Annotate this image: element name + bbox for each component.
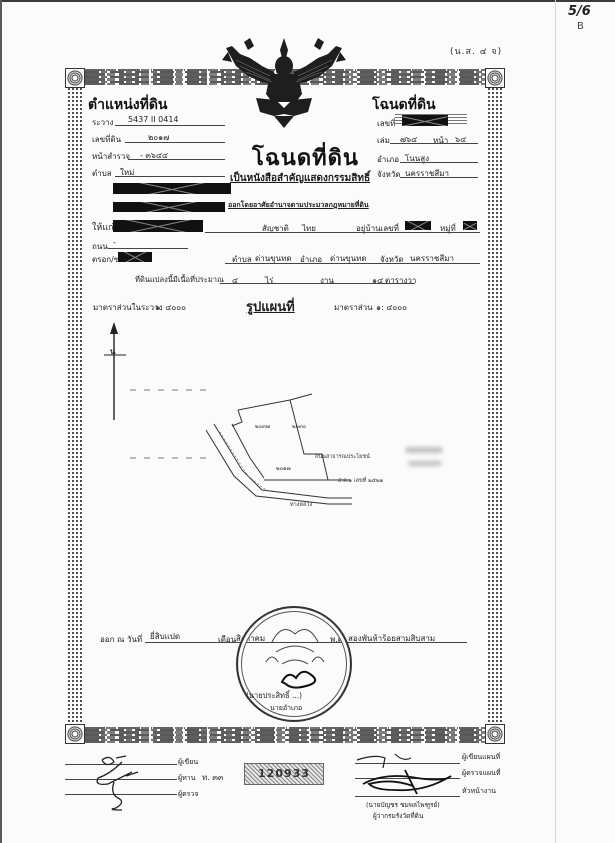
survey-page-label: หน้าสำรวจ (92, 150, 130, 163)
signer-title: นายอำเภอ (270, 703, 302, 714)
corner-ornament (485, 724, 505, 744)
signature-left-icon (92, 752, 152, 812)
ink-smudge (408, 461, 442, 466)
owner-tambon-label: ตำบล (232, 253, 252, 266)
road-value: - (113, 238, 116, 247)
scan-edge-right (555, 0, 556, 843)
province-value: นครราชสีมา (405, 167, 449, 180)
deed-no-redacted (402, 115, 448, 126)
tambon-value: ใหม่ (120, 166, 134, 179)
north-arrow-icon (104, 322, 126, 420)
soi-redacted (118, 252, 152, 262)
role-map-writer: ผู้เขียนแผนที่ (462, 752, 500, 763)
map-scale-value: ๑: ๔๐๐๐ (376, 301, 407, 314)
volume-value: ๗๖๔ (400, 133, 417, 146)
adjacent-note: ส.ค.๑ เลขที่ ๒๕๒๑ (338, 476, 383, 484)
role-map-checker: ผู้ตรวจแผนที่ (462, 768, 500, 779)
survey-page-value: - ๓๖๔๔ (140, 149, 168, 162)
area-wa-value: ๑๔ (372, 274, 383, 287)
redacted-block-1 (113, 183, 231, 194)
tambon-label: ตำบล (92, 167, 112, 180)
scan-edge-top (0, 0, 615, 2)
page-value: ๖๔ (455, 133, 466, 146)
page-label: หน้า (433, 134, 448, 147)
sheet-label: ระวาง (92, 116, 113, 129)
parcel-label-left: ๒๐๓๗ (255, 424, 270, 430)
sheet-scale-label: มาตราส่วนในระวาง (93, 301, 162, 314)
house-no-redacted (405, 221, 431, 230)
issue-year-value: สองพันห้าร้อยสามสิบสาม (348, 632, 435, 645)
map-scale-label: มาตราส่วน (334, 301, 373, 314)
map-signer-name: (นายบัญชร ชมพลไพฑูรย์) (366, 800, 440, 810)
volume-label: เล่ม (377, 134, 390, 147)
deed-subtitle: เป็นหนังสือสำคัญแสดงกรรมสิทธิ์ (230, 171, 370, 186)
form-code: (น.ส. ๔ จ) (450, 44, 502, 58)
deed-no-label: เลขที่ (377, 117, 395, 130)
deed-main-title: โฉนดที่ดิน (252, 140, 359, 175)
border-bottom (85, 727, 485, 743)
role-checker: ผู้ตรวจ (178, 789, 198, 800)
border-left (68, 88, 82, 724)
signature-right-icon (355, 748, 465, 800)
scan-edge-left (0, 0, 2, 843)
page-mark-sub: B (577, 21, 584, 32)
nationality-value: ไทย (302, 222, 316, 235)
page-mark: 5/6 (568, 4, 591, 19)
owner-province-label: จังหวัด (380, 253, 404, 266)
corner-ornament (65, 724, 85, 744)
border-right (488, 88, 502, 724)
signer-name: (นายประสิทธิ์ ...) (246, 690, 302, 702)
amphoe-value: โนนสูง (405, 152, 429, 165)
map-title: รูปแผนที่ (246, 296, 295, 317)
amphoe-label: อำเภอ (377, 153, 399, 166)
sheet-scale-value: ๑: ๔๐๐๐ (155, 301, 186, 314)
deed-header-title: โฉนดที่ดิน (372, 94, 436, 116)
road-label: ถนน (92, 240, 108, 253)
moo-label: หมู่ที่ (440, 222, 456, 235)
role-chief: หัวหน้างาน (462, 786, 496, 797)
public-road-label: ถนนสาธารณประโยชน์ (315, 452, 370, 460)
area-ngan-label: งาน (320, 274, 334, 287)
canal-label: ทางหลวง (290, 502, 312, 508)
owner-amphoe-label: อำเภอ (300, 253, 322, 266)
parcel-map: ๒๐๓๗ ๒๐๓๐ ๒๐๑๗ ถนนสาธารณประโยชน์ ส.ค.๑ เ… (90, 320, 490, 540)
issue-month-label: เดือน (218, 633, 236, 646)
province-label: จังหวัด (377, 168, 401, 181)
land-location-title: ตำแหน่งที่ดิน (88, 94, 168, 116)
area-label: ที่ดินแปลงนี้มีเนื้อที่ประมาณ (135, 274, 224, 286)
corner-ornament (65, 68, 85, 88)
ink-smudge (405, 447, 443, 453)
issuer-line: ออกโดยอาศัยอำนาจตามประมวลกฎหมายที่ดิน (228, 200, 369, 211)
moo-redacted (463, 221, 477, 230)
map-signer-title: ผู้ว่ากรมรังวัดที่ดิน (373, 811, 423, 821)
area-rai-label: ไร่ (265, 274, 273, 287)
nationality-label: สัญชาติ (262, 222, 289, 235)
parcel-label-center: ๒๐๑๗ (276, 466, 291, 472)
role-reviewer: ผู้ทาน (178, 773, 195, 784)
parcel-label-top: ๒๐๓๐ (292, 424, 306, 430)
house-no-label: อยู่บ้านเลขที่ (356, 222, 399, 235)
owner-label: ให้แก่ (92, 220, 114, 234)
parcel-no-label: เลขที่ดิน (92, 133, 121, 146)
area-rai-value: ๔ (232, 274, 238, 287)
issue-date-label: ออก ณ วันที่ (100, 633, 142, 646)
corner-ornament (485, 68, 505, 88)
redacted-block-2 (113, 202, 225, 212)
garuda-emblem-icon (222, 36, 346, 128)
sheet-value: 5437 II 0414 (128, 115, 179, 124)
serial-number: 120933 (244, 763, 324, 785)
north-label: น (110, 347, 116, 356)
area-wa-label: ตารางวา (385, 274, 416, 287)
role-writer: ผู้เขียน (178, 757, 198, 768)
form-number: ท. ๓๓ (202, 771, 223, 784)
owner-name-redacted (113, 220, 203, 232)
